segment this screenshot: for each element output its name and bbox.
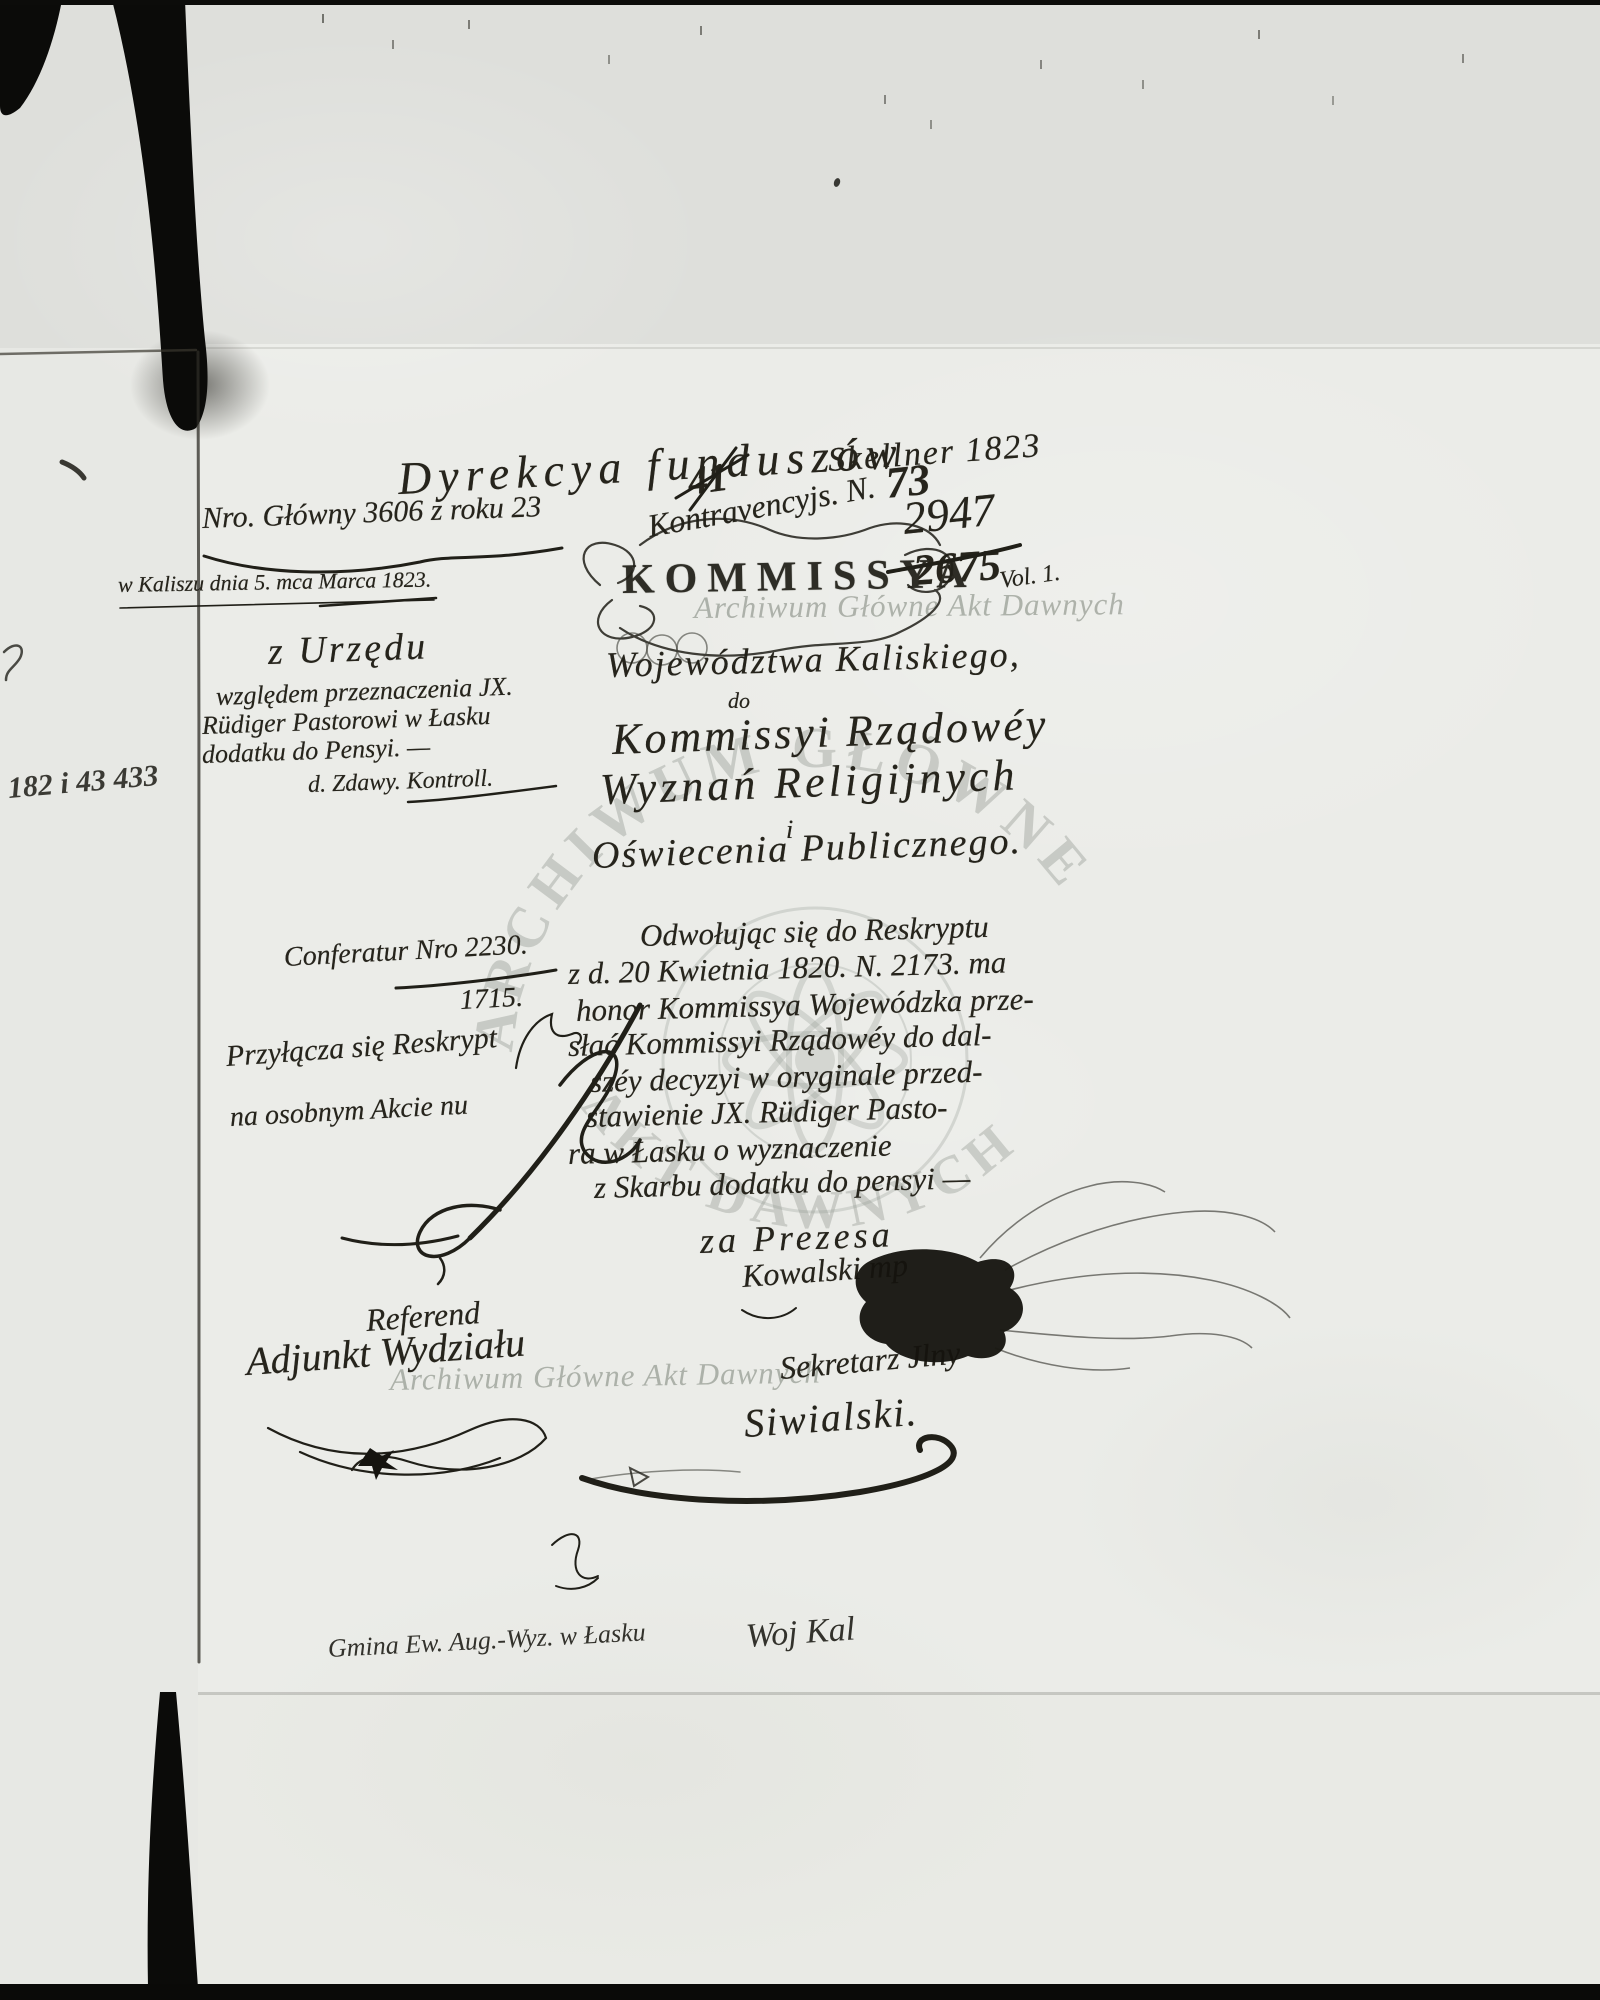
underline-nro-glowny (204, 548, 562, 572)
pencil-curl (4, 645, 22, 680)
siwialski-flourish (582, 1437, 954, 1501)
kowalski-paraph (742, 1308, 796, 1318)
underline-kontroll (408, 786, 556, 802)
strike-41 (676, 448, 748, 510)
strike-2947 (888, 545, 1020, 572)
paraph-large (342, 1005, 640, 1284)
ink-blot (856, 1182, 1290, 1370)
scanned-archival-document: ARCHIWUM GŁÓWNE AKT DAWNYCH Archiwum Głó… (0, 0, 1600, 2000)
triangle-mark (630, 1468, 648, 1486)
ink-flourishes-layer (0, 0, 1600, 2000)
ink-blot-strands (980, 1182, 1290, 1370)
paraph-nk (552, 1534, 598, 1589)
underline-conferatur (396, 970, 556, 988)
paraph-skuli (516, 1014, 581, 1068)
adjunkt-flourish (268, 1419, 546, 1474)
film-edge-top (0, 0, 1600, 5)
film-edge-bottom (0, 1984, 1600, 2000)
underline-place-date (120, 598, 436, 608)
kommissya-flourishes (584, 519, 953, 665)
